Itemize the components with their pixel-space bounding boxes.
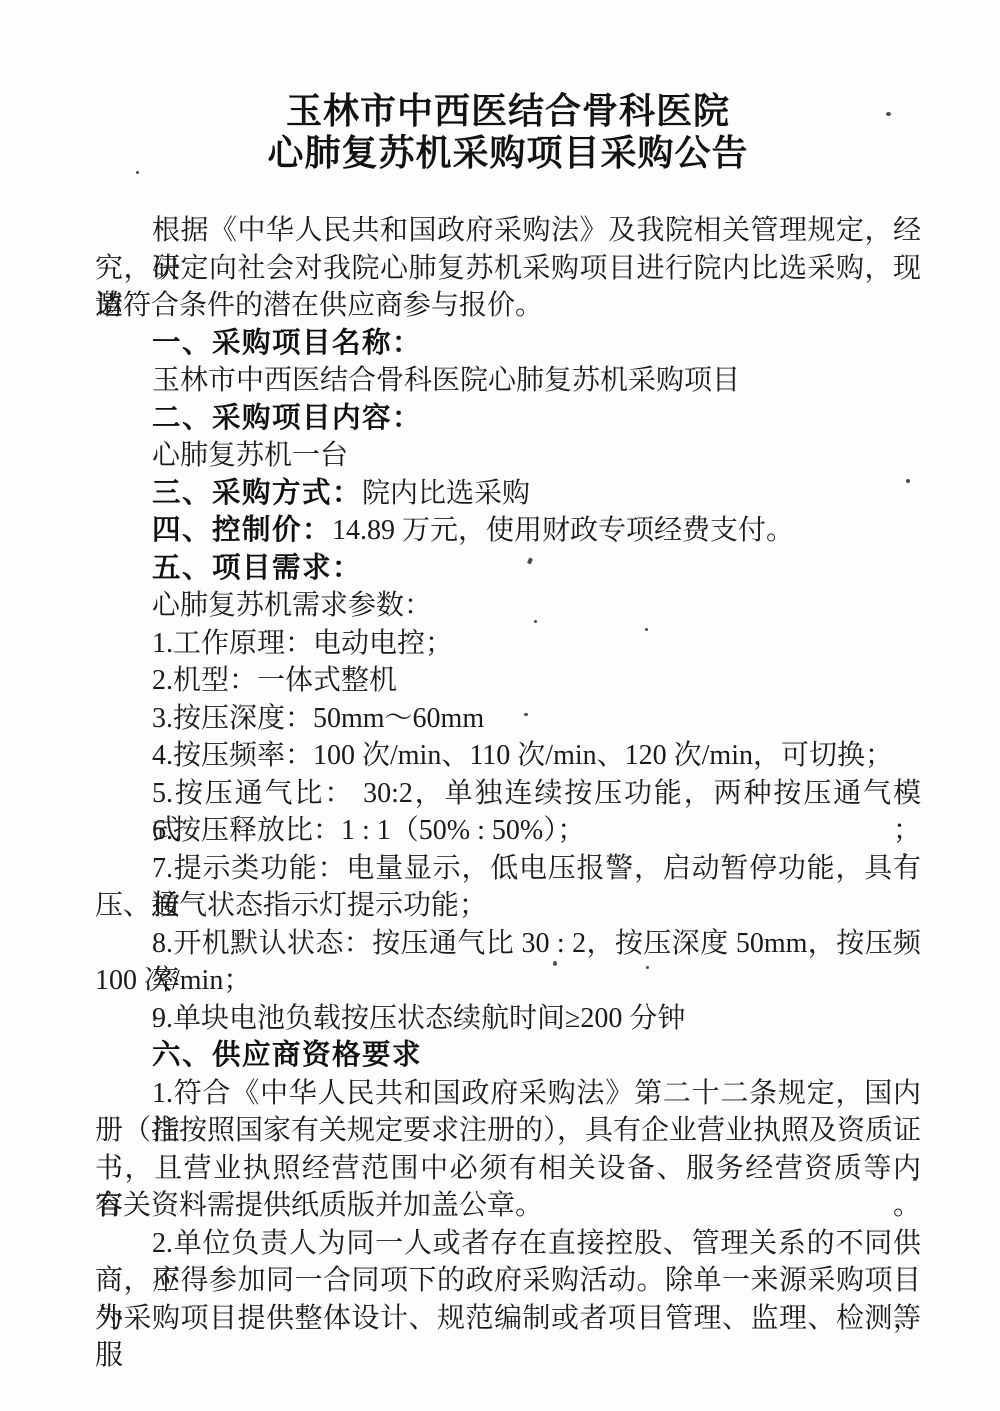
spec-item: 1.工作原理：电动电控； (95, 625, 921, 663)
qualification-item-continuation: 为采购项目提供整体设计、规范编制或者项目管理、监理、检测等服 (95, 1300, 921, 1338)
section-heading: 五、项目需求： (95, 550, 921, 588)
section-heading: 一、采购项目名称： (95, 325, 921, 363)
document-title-line-2: 心肺复苏机采购项目采购公告 (95, 132, 921, 174)
section-heading-label: 四、控制价： (152, 514, 332, 546)
section-heading-label: 五、项目需求： (152, 552, 362, 584)
intro-line: 究，决定向社会对我院心肺复苏机采购项目进行院内比选采购，现邀 (95, 250, 921, 288)
section-heading-label: 二、采购项目内容： (152, 402, 422, 434)
qualification-item-continuation: 商，不得参加同一合同项下的政府采购活动。除单一来源采购项目外， (95, 1262, 921, 1300)
spec-item: 5.按压通气比： 30:2，单独连续按压功能，两种按压通气模式； (95, 775, 921, 813)
section-heading: 三、采购方式：院内比选采购 (95, 475, 921, 513)
document-title: 玉林市中西医结合骨科医院 心肺复苏机采购项目采购公告 (95, 90, 921, 174)
section-body-line: 玉林市中西医结合骨科医院心肺复苏机采购项目 (95, 362, 921, 400)
spec-intro-line: 心肺复苏机需求参数： (95, 587, 921, 625)
scan-speck (524, 713, 528, 716)
spec-item: 3.按压深度：50mm～60mm (95, 700, 921, 738)
section-heading: 二、采购项目内容： (95, 400, 921, 438)
scan-speck (553, 961, 557, 966)
scan-speck (886, 112, 891, 116)
spec-item: 7.提示类功能：电量显示，低电压报警，启动暂停功能，具有按 (95, 850, 921, 888)
scan-speck (906, 479, 910, 483)
spec-item: 9.单块电池负载按压状态续航时间≥200 分钟 (95, 1000, 921, 1038)
qualification-item: 1.符合《中华人民共和国政府采购法》第二十二条规定，国内注 (95, 1075, 921, 1113)
section-heading-label: 一、采购项目名称： (152, 327, 422, 359)
document-title-line-1: 玉林市中西医结合骨科医院 (95, 90, 921, 132)
scan-speck (903, 853, 906, 856)
section-value: 14.89 万元，使用财政专项经费支付。 (332, 515, 794, 546)
scan-speck (153, 1017, 156, 1021)
spec-item: 4.按压频率：100 次/min、110 次/min、120 次/min，可切换… (95, 737, 921, 775)
scan-speck (646, 966, 649, 969)
scan-speck (913, 1177, 917, 1181)
scan-speck (645, 628, 648, 631)
spec-item-continuation: 100 次/min； (95, 962, 921, 1000)
section-heading-label: 三、采购方式： (152, 477, 362, 509)
section-heading: 四、控制价：14.89 万元，使用财政专项经费支付。 (95, 512, 921, 550)
section-heading: 六、供应商资格要求 (95, 1037, 921, 1075)
scan-speck (534, 620, 537, 623)
document-text: 根据《中华人民共和国政府采购法》及我院相关管理规定，经研 究，决定向社会对我院心… (95, 212, 921, 1337)
section-heading-label: 六、供应商资格要求 (152, 1039, 422, 1071)
intro-line: 根据《中华人民共和国政府采购法》及我院相关管理规定，经研 (95, 212, 921, 250)
scan-speck (136, 171, 139, 174)
spec-item-continuation: 压、通气状态指示灯提示功能； (95, 887, 921, 925)
qualification-item-continuation: 册（指按照国家有关规定要求注册的），具有企业营业执照及资质证 (95, 1112, 921, 1150)
scanned-document-page: 玉林市中西医结合骨科医院 心肺复苏机采购项目采购公告 根据《中华人民共和国政府采… (0, 0, 1000, 1411)
document-body: 玉林市中西医结合骨科医院 心肺复苏机采购项目采购公告 根据《中华人民共和国政府采… (95, 90, 921, 1337)
spec-item: 8.开机默认状态：按压通气比 30 : 2，按压深度 50mm，按压频率 (95, 925, 921, 963)
intro-line: 请符合条件的潜在供应商参与报价。 (95, 287, 921, 325)
spec-item: 2.机型：一体式整机 (95, 662, 921, 700)
qualification-item-continuation: 书，且营业执照经营范围中必须有相关设备、服务经营资质等内容。 (95, 1150, 921, 1188)
qualification-item: 2.单位负责人为同一人或者存在直接控股、管理关系的不同供应 (95, 1225, 921, 1263)
section-body-line: 心肺复苏机一台 (95, 437, 921, 475)
section-value: 院内比选采购 (362, 478, 530, 509)
scan-speck (841, 1240, 844, 1243)
